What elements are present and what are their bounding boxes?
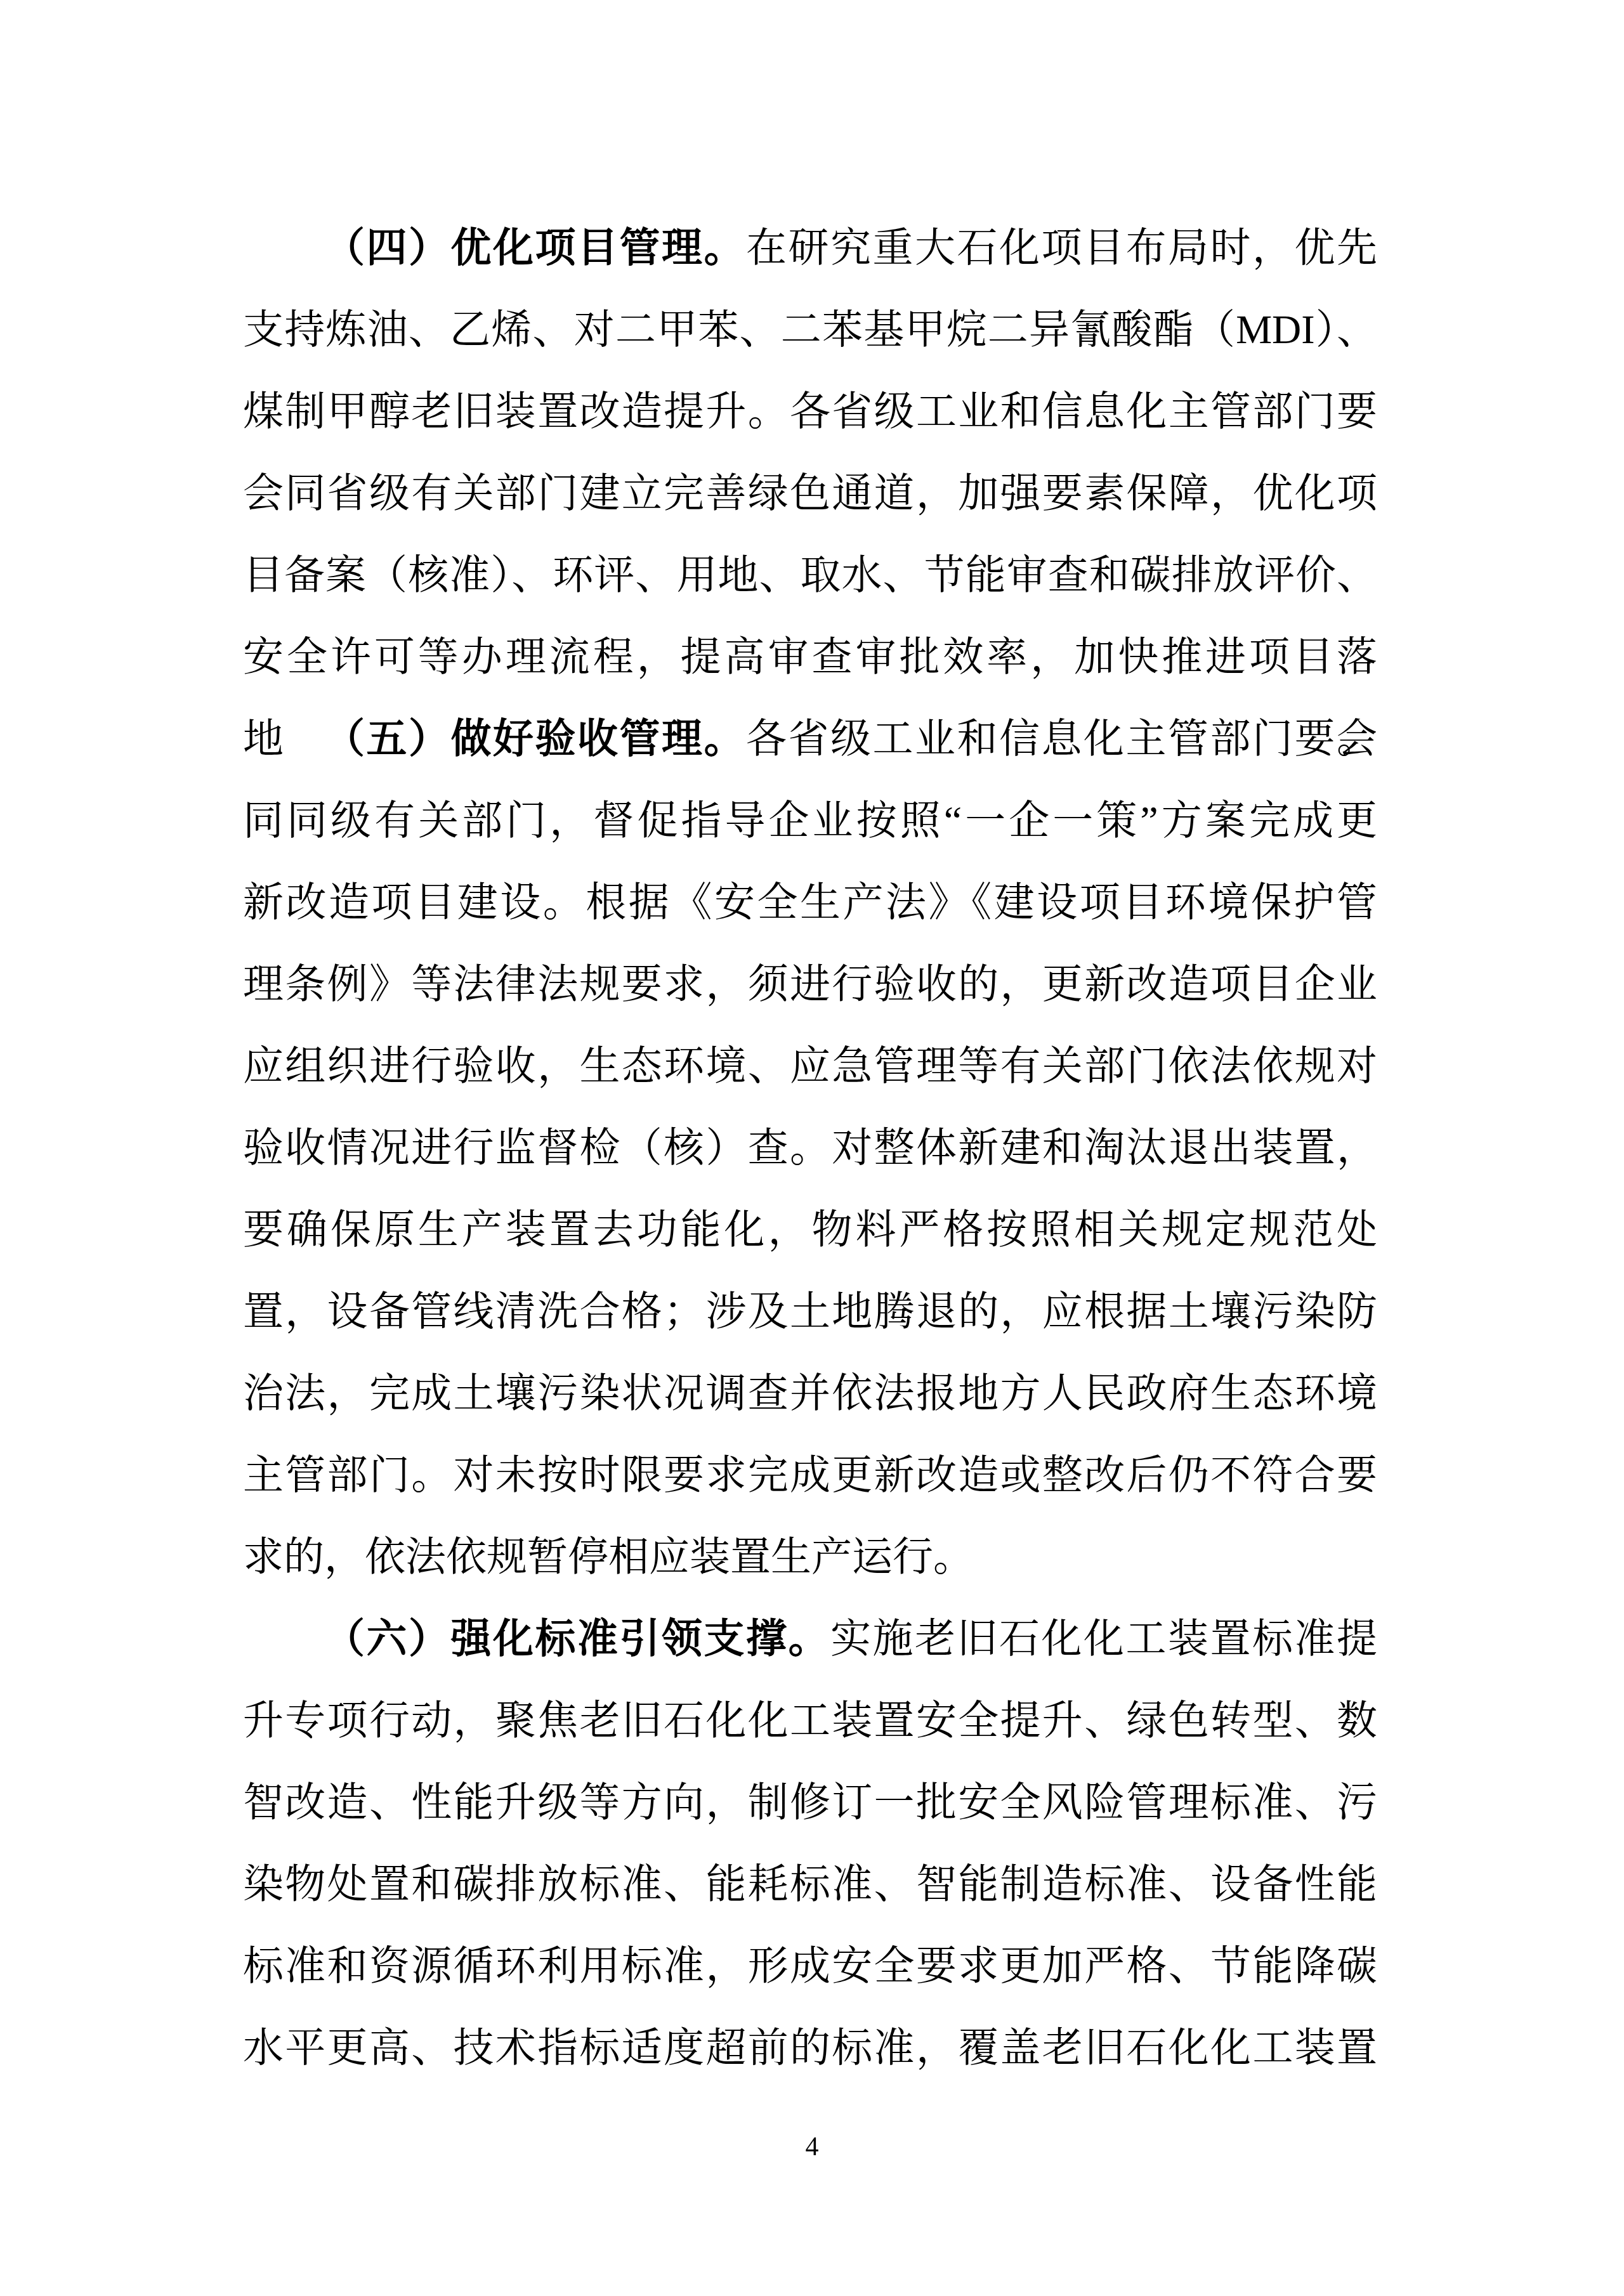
paragraph-heading-bold: （六）强化标准引领支撑。 bbox=[324, 1616, 830, 1661]
line-text: 智改造、性能升级等方向，制修订一批安全风险管理标准、污 bbox=[243, 1780, 1377, 1825]
line-text: 置，设备管线清洗合格；涉及土地腾退的，应根据土壤污染防 bbox=[243, 1289, 1377, 1334]
text-line: 支持炼油、乙烯、对二甲苯、二苯基甲烷二异氰酸酯（MDI）、 bbox=[243, 289, 1377, 370]
text-line: 标准和资源循环利用标准，形成安全要求更加严格、节能降碳 bbox=[243, 1925, 1377, 2007]
text-line: （六）强化标准引领支撑。实施老旧石化化工装置标准提 bbox=[243, 1598, 1377, 1680]
line-text: 治法，完成土壤污染状况调查并依法报地方人民政府生态环境 bbox=[243, 1371, 1377, 1416]
text-line: 求的，依法依规暂停相应装置生产运行。 bbox=[243, 1516, 1377, 1598]
text-line: 理条例》等法律法规要求，须进行验收的，更新改造项目企业 bbox=[243, 943, 1377, 1025]
line-text: 要确保原生产装置去功能化，物料严格按照相关规定规范处 bbox=[243, 1207, 1377, 1252]
text-line: （四）优化项目管理。在研究重大石化项目布局时，优先 bbox=[243, 207, 1377, 289]
text-line: 目备案（核准）、环评、用地、取水、节能审查和碳排放评价、 bbox=[243, 534, 1377, 616]
text-line: （五）做好验收管理。各省级工业和信息化主管部门要会 bbox=[243, 698, 1377, 779]
line-text: 染物处置和碳排放标准、能耗标准、智能制造标准、设备性能 bbox=[243, 1862, 1377, 1907]
line-text: 主管部门。对未按时限要求完成更新改造或整改后仍不符合要 bbox=[243, 1452, 1377, 1497]
paragraph-heading-bold: （五）做好验收管理。 bbox=[324, 716, 746, 761]
page-number: 4 bbox=[0, 2129, 1624, 2165]
text-line: 智改造、性能升级等方向，制修订一批安全风险管理标准、污 bbox=[243, 1761, 1377, 1843]
text-line: 验收情况进行监督检（核）查。对整体新建和淘汰退出装置， bbox=[243, 1107, 1377, 1189]
line-text: 升专项行动，聚焦老旧石化化工装置安全提升、绿色转型、数 bbox=[243, 1698, 1377, 1743]
text-line: 要确保原生产装置去功能化，物料严格按照相关规定规范处 bbox=[243, 1189, 1377, 1270]
line-text: 验收情况进行监督检（核）查。对整体新建和淘汰退出装置， bbox=[243, 1125, 1377, 1170]
text-line: 安全许可等办理流程，提高审查审批效率，加快推进项目落地。 bbox=[243, 616, 1377, 698]
text-line: 染物处置和碳排放标准、能耗标准、智能制造标准、设备性能 bbox=[243, 1843, 1377, 1925]
text-line: 置，设备管线清洗合格；涉及土地腾退的，应根据土壤污染防 bbox=[243, 1270, 1377, 1352]
line-text: 目备案（核准）、环评、用地、取水、节能审查和碳排放评价、 bbox=[243, 552, 1377, 597]
line-text: 新改造项目建设。根据《安全生产法》《建设项目环境保护管 bbox=[243, 880, 1377, 925]
paragraph-heading-bold: （四）优化项目管理。 bbox=[324, 225, 746, 270]
line-text: 应组织进行验收，生态环境、应急管理等有关部门依法依规对 bbox=[243, 1043, 1377, 1088]
text-line: 新改造项目建设。根据《安全生产法》《建设项目环境保护管 bbox=[243, 861, 1377, 943]
text-line: 煤制甲醇老旧装置改造提升。各省级工业和信息化主管部门要 bbox=[243, 370, 1377, 452]
text-line: 水平更高、技术指标适度超前的标准，覆盖老旧石化化工装置 bbox=[243, 2007, 1377, 2089]
line-text: 标准和资源循环利用标准，形成安全要求更加严格、节能降碳 bbox=[243, 1943, 1377, 1988]
text-block: （四）优化项目管理。在研究重大石化项目布局时，优先支持炼油、乙烯、对二甲苯、二苯… bbox=[243, 207, 1377, 2089]
line-text: 理条例》等法律法规要求，须进行验收的，更新改造项目企业 bbox=[243, 962, 1377, 1007]
line-text: 水平更高、技术指标适度超前的标准，覆盖老旧石化化工装置 bbox=[243, 2025, 1377, 2070]
line-text: 求的，依法依规暂停相应装置生产运行。 bbox=[243, 1534, 974, 1579]
text-line: 主管部门。对未按时限要求完成更新改造或整改后仍不符合要 bbox=[243, 1434, 1377, 1516]
line-text: 支持炼油、乙烯、对二甲苯、二苯基甲烷二异氰酸酯（MDI）、 bbox=[243, 307, 1377, 352]
text-line: 会同省级有关部门建立完善绿色通道，加强要素保障，优化项 bbox=[243, 452, 1377, 534]
line-text: 会同省级有关部门建立完善绿色通道，加强要素保障，优化项 bbox=[243, 471, 1377, 516]
text-line: 应组织进行验收，生态环境、应急管理等有关部门依法依规对 bbox=[243, 1025, 1377, 1107]
line-text: 在研究重大石化项目布局时，优先 bbox=[746, 225, 1377, 270]
line-text: 同同级有关部门，督促指导企业按照“一企一策”方案完成更 bbox=[243, 798, 1377, 843]
document-page: （四）优化项目管理。在研究重大石化项目布局时，优先支持炼油、乙烯、对二甲苯、二苯… bbox=[0, 0, 1624, 2296]
line-text: 实施老旧石化化工装置标准提 bbox=[830, 1616, 1377, 1661]
text-line: 升专项行动，聚焦老旧石化化工装置安全提升、绿色转型、数 bbox=[243, 1680, 1377, 1761]
line-text: 煤制甲醇老旧装置改造提升。各省级工业和信息化主管部门要 bbox=[243, 389, 1377, 434]
text-line: 同同级有关部门，督促指导企业按照“一企一策”方案完成更 bbox=[243, 779, 1377, 861]
line-text: 各省级工业和信息化主管部门要会 bbox=[746, 716, 1377, 761]
text-line: 治法，完成土壤污染状况调查并依法报地方人民政府生态环境 bbox=[243, 1352, 1377, 1434]
